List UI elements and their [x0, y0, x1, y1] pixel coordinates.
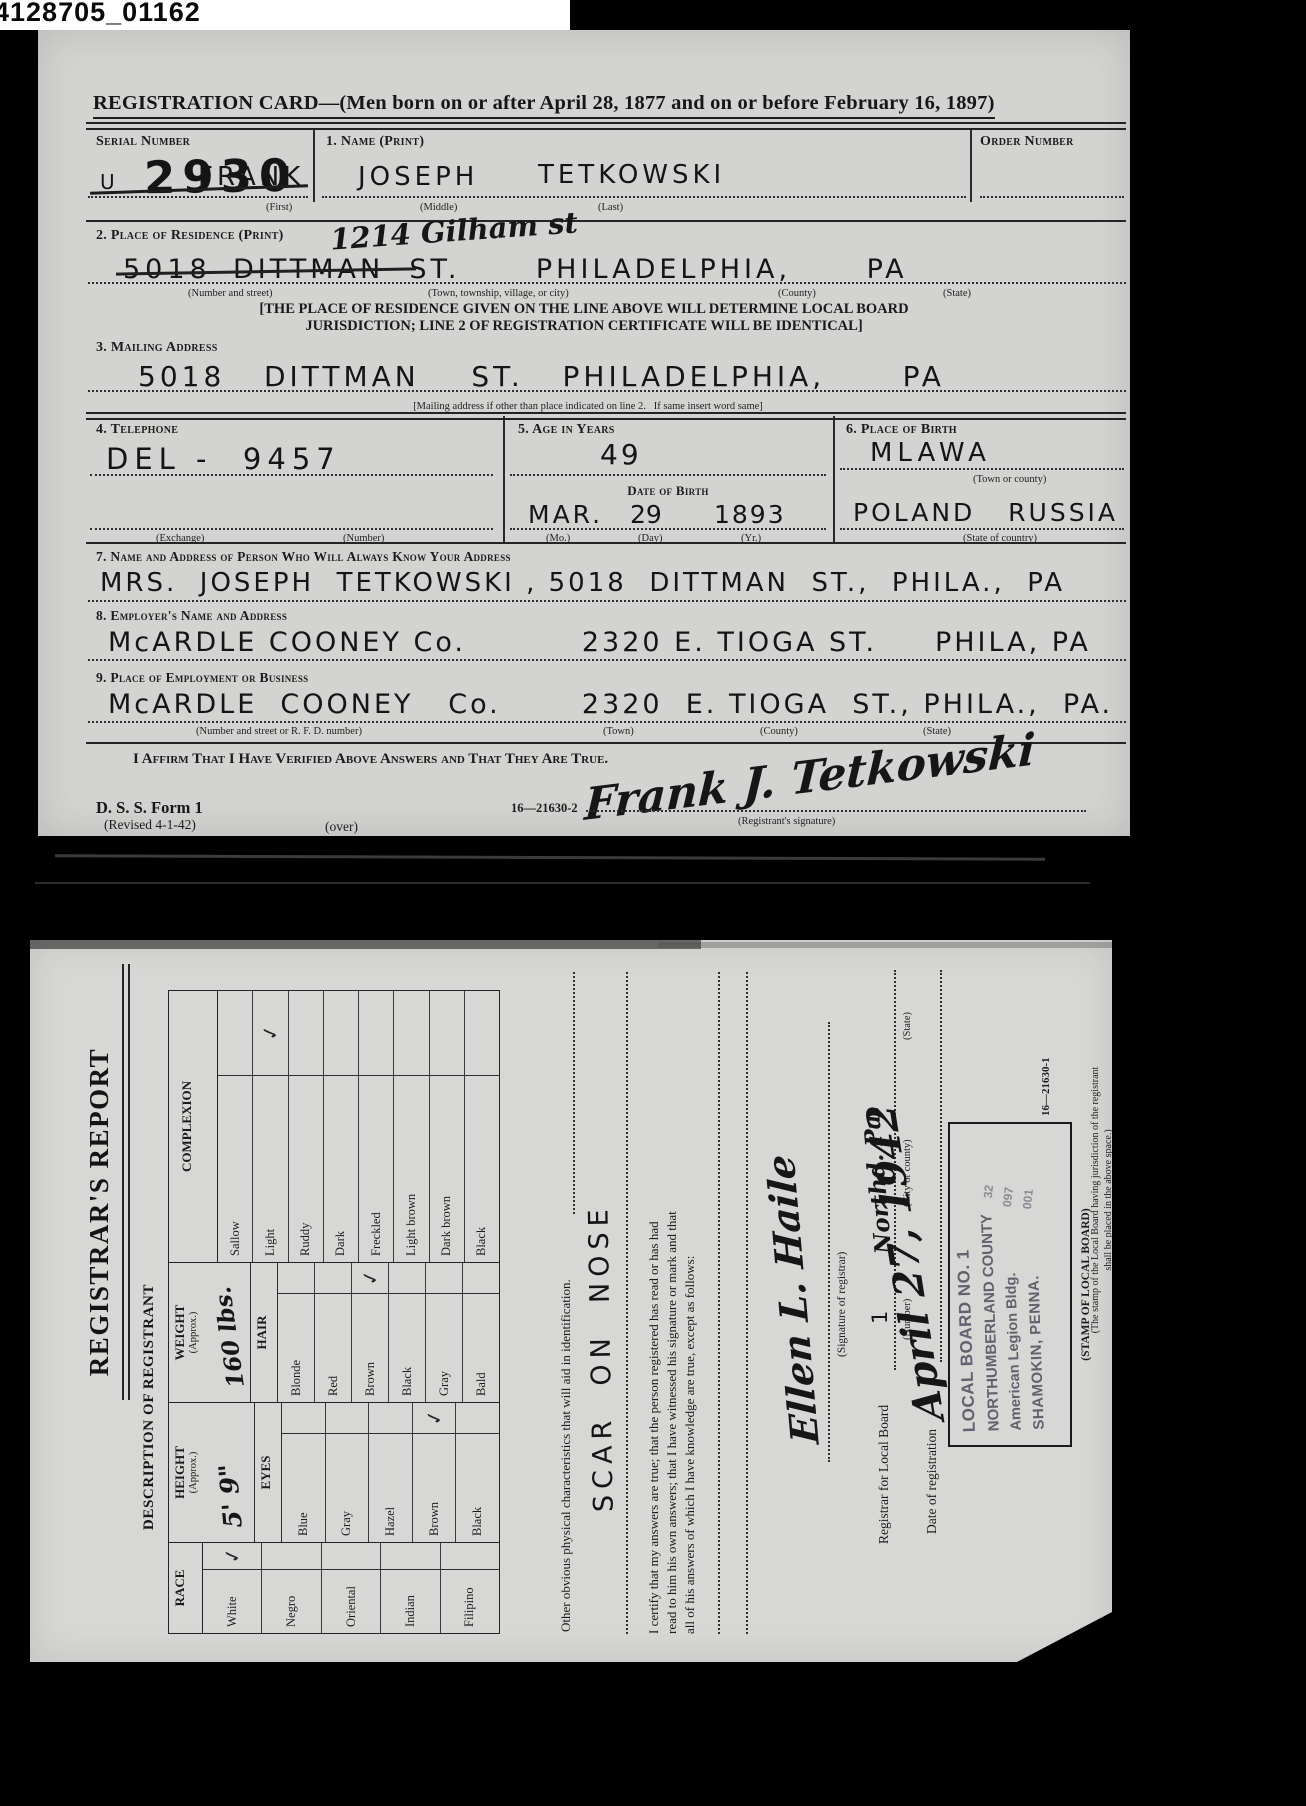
dotted-line	[746, 972, 748, 1634]
hair-blonde-row: Blonde	[278, 1263, 315, 1402]
employment-value: McARDLE COONEY Co. 2320 E. TIOGA ST., PH…	[108, 689, 1113, 720]
complexion-dark-brown-row: Dark brown	[430, 991, 465, 1262]
complexion-light-row: Light✓	[253, 991, 288, 1262]
sub-county: (County)	[778, 288, 816, 299]
employer-value: McARDLE COONEY Co. 2320 E. TIOGA ST. PHI…	[108, 627, 1091, 658]
weight-header: WEIGHT(Approx.)	[169, 1263, 214, 1402]
dotted-line	[573, 972, 575, 1214]
residence-inserted: 1214 Gilham st	[329, 205, 579, 256]
race-column: RACE White✓ Negro Oriental Indian Filipi…	[168, 1542, 500, 1634]
form-code-back: 16—21630-1	[1040, 1057, 1052, 1116]
dotted-line	[840, 528, 1124, 530]
weight-hair-column: WEIGHT(Approx.) 160 lbs. HAIR Blonde Red…	[168, 1262, 500, 1402]
contact-value: MRS. JOSEPH TETKOWSKI , 5018 DITTMAN ST.…	[100, 568, 1065, 598]
sub-last: (Last)	[598, 202, 623, 213]
report-subtitle: DESCRIPTION OF REGISTRANT	[141, 1284, 157, 1530]
mailing-value: 5018 DITTMAN ST. PHILADELPHIA, PA	[138, 360, 945, 393]
hair-red-row: Red	[315, 1263, 352, 1402]
complexion-dark-row: Dark	[324, 991, 359, 1262]
card-title: REGISTRATION CARD—(Men born on or after …	[93, 92, 995, 119]
residence-label: 2. Place of Residence (Print)	[96, 228, 284, 244]
notice-text-2: JURISDICTION; LINE 2 OF REGISTRATION CER…	[305, 318, 862, 334]
hair-brown-row: Brown✓	[352, 1263, 389, 1402]
race-negro-row: Negro	[262, 1543, 321, 1633]
stamp-numbers: 32 097 001	[977, 1184, 1039, 1210]
sub-number-street: (Number and street)	[188, 288, 273, 299]
report-title: REGISTRAR'S REPORT	[84, 1048, 114, 1376]
report-title-wrap: REGISTRAR'S REPORT	[84, 932, 115, 1492]
scan-smudge	[30, 940, 701, 949]
dotted-line	[940, 970, 942, 1362]
eyes-hazel-row: Hazel	[369, 1403, 413, 1542]
checkmark: ✓	[357, 1267, 384, 1288]
paper-edge	[35, 882, 1090, 884]
mailing-label: 3. Mailing Address	[96, 340, 218, 356]
registrars-report: REGISTRAR'S REPORT DESCRIPTION OF REGIST…	[30, 940, 1112, 1662]
sub-emp-street: (Number and street or R. F. D. number)	[196, 726, 362, 737]
race-white-row: White✓	[203, 1543, 262, 1633]
complexion-column: COMPLEXION Sallow Light✓ Ruddy Dark Frec…	[168, 990, 500, 1262]
report-subtitle-wrap: DESCRIPTION OF REGISTRANT	[140, 1207, 158, 1607]
sub-emp-county: (County)	[760, 726, 798, 737]
registrant-signature: Frank J. Tetkowski	[583, 724, 1036, 831]
hair-header: HAIR	[250, 1263, 278, 1402]
hair-black-row: Black	[389, 1263, 426, 1402]
dotted-line	[90, 528, 493, 530]
affirmation-text: I Affirm That I Have Verified Above Answ…	[133, 751, 608, 768]
dotted-line	[88, 390, 1126, 392]
age-value: 49	[600, 438, 642, 471]
characteristics-value: SCAR ON NOSE	[583, 1203, 619, 1512]
complexion-freckled-row: Freckled	[359, 991, 394, 1262]
stamp-text: LOCAL BOARD NO. 1 NORTHUMBERLAND COUNTY …	[952, 1212, 1048, 1432]
sub-birth-town: (Town or county)	[973, 474, 1046, 485]
dotted-line	[88, 600, 1126, 602]
order-number-label: Order Number	[980, 134, 1074, 150]
dotted-line	[88, 196, 308, 198]
stamp-num3: 001	[1017, 1188, 1039, 1210]
certify-line2: read to him his own answers; that I have…	[664, 1211, 680, 1634]
telephone-value: DEL - 9457	[106, 442, 341, 476]
scan-smudge	[658, 942, 1112, 948]
sub-state: (State)	[943, 288, 971, 299]
employment-label: 9. Place of Employment or Business	[96, 670, 308, 686]
notice-text-1: [THE PLACE OF RESIDENCE GIVEN ON THE LIN…	[259, 301, 908, 317]
column-divider	[833, 416, 835, 543]
stamp-line3: American Legion Bldg.	[1001, 1213, 1025, 1431]
dotted-line	[322, 196, 966, 198]
birth-state: POLAND RUSSIA	[853, 498, 1118, 527]
dotted-line	[90, 474, 493, 476]
registration-card-back: REGISTRAR'S REPORT DESCRIPTION OF REGIST…	[30, 940, 1112, 1662]
stamp-line2: NORTHUMBERLAND COUNTY	[978, 1214, 1003, 1432]
serial-number-label: Serial Number	[96, 134, 190, 150]
stamp-box: LOCAL BOARD NO. 1 NORTHUMBERLAND COUNTY …	[948, 1122, 1072, 1447]
eyes-black-row: Black	[456, 1403, 499, 1542]
checkmark: ✓	[219, 1545, 246, 1566]
name-first: FRANK	[198, 162, 304, 192]
mailing-sub: [Mailing address if other than place ind…	[413, 401, 763, 412]
sub-first: (First)	[266, 202, 292, 213]
stamp-num1: 32	[977, 1184, 999, 1206]
sub-middle: (Middle)	[420, 202, 457, 213]
filename-text: 4128705_01162	[0, 0, 201, 28]
height-value: 5' 9"	[213, 1463, 247, 1529]
form-revised: (Revised 4-1-42)	[104, 817, 196, 833]
dotted-line	[88, 659, 1126, 661]
height-value-cell: 5' 9"	[214, 1403, 254, 1542]
rule	[86, 542, 1126, 544]
stamp-note-wrap: (The stamp of the Local Board having jur…	[1088, 950, 1114, 1450]
race-filipino-row: Filipino	[441, 1543, 499, 1633]
dob-year: 1893	[714, 500, 786, 529]
name-middle: JOSEPH	[358, 162, 478, 192]
rule	[86, 220, 1126, 222]
dob-label: Date of Birth	[627, 483, 708, 498]
dob-day: 29	[630, 500, 662, 529]
birth-label: 6. Place of Birth	[846, 422, 957, 438]
registrant-signature-label: (Registrant's signature)	[738, 816, 835, 827]
eyes-gray-row: Gray	[326, 1403, 370, 1542]
jurisdiction-notice-line1: [THE PLACE OF RESIDENCE GIVEN ON THE LIN…	[104, 300, 1064, 318]
dotted-line	[840, 468, 1124, 470]
race-header: RACE	[169, 1543, 203, 1633]
name-last: TETKOWSKI	[538, 160, 725, 190]
date-of-registration-label: Date of registration	[924, 1429, 940, 1534]
certify-line3: all of his answers of which I have knowl…	[682, 1256, 698, 1634]
registrar-signature-label: (Signature of registrar)	[836, 1252, 848, 1357]
column-divider	[503, 416, 505, 543]
paper-edge	[55, 854, 1045, 860]
complexion-light-brown-row: Light brown	[394, 991, 429, 1262]
cell-divider	[313, 130, 315, 202]
complexion-header: COMPLEXION	[169, 991, 218, 1262]
age-label: 5. Age in Years	[518, 422, 615, 438]
stamp-line1: LOCAL BOARD NO. 1	[952, 1214, 980, 1432]
stamp-num2: 097	[997, 1186, 1019, 1208]
birth-town: MLAWA	[870, 438, 991, 468]
cell-divider	[970, 130, 972, 202]
rule	[86, 122, 1126, 130]
complexion-sallow-row: Sallow	[218, 991, 253, 1262]
height-eyes-column: HEIGHT(Approx.) 5' 9" EYES Blue Gray Haz…	[168, 1402, 500, 1542]
dotted-line	[88, 721, 1126, 723]
stamp-note-line1: (The stamp of the Local Board having jur…	[1090, 1067, 1101, 1334]
eyes-header: EYES	[254, 1403, 282, 1542]
dotted-line	[510, 474, 826, 476]
dotted-line	[718, 972, 720, 1634]
checkmark: ✓	[421, 1407, 448, 1428]
eyes-blue-row: Blue	[282, 1403, 326, 1542]
dotted-line	[626, 972, 628, 1634]
residence-number: 5018	[123, 254, 212, 285]
dotted-line	[828, 1022, 830, 1462]
height-header: HEIGHT(Approx.)	[169, 1403, 214, 1542]
form-number: D. S. S. Form 1	[96, 798, 203, 818]
registrar-label: Registrar for Local Board	[876, 1405, 892, 1544]
jurisdiction-notice-line2: JURISDICTION; LINE 2 OF REGISTRATION CER…	[104, 317, 1064, 335]
stamp-note-line2: shall be placed in the above space.)	[1103, 1129, 1114, 1270]
form-over: (over)	[325, 819, 358, 835]
certify-line1: I certify that my answers are true; that…	[646, 1221, 662, 1634]
hair-bald-row: Bald	[463, 1263, 499, 1402]
rule	[122, 964, 130, 1400]
sub-emp-town: (Town)	[603, 726, 634, 737]
race-indian-row: Indian	[381, 1543, 440, 1633]
dotted-line	[88, 282, 1126, 284]
dotted-line	[586, 810, 1086, 812]
employer-label: 8. Employer's Name and Address	[96, 608, 287, 624]
form-code-front: 16—21630-2	[511, 801, 578, 816]
filename-strip: 4128705_01162	[0, 0, 570, 30]
eyes-brown-row: Brown✓	[413, 1403, 457, 1542]
dob-month: MAR.	[528, 500, 603, 529]
race-oriental-row: Oriental	[322, 1543, 381, 1633]
dotted-line	[980, 196, 1124, 198]
checkmark: ✓	[257, 1022, 284, 1043]
weight-value: 160 lbs.	[209, 1285, 250, 1390]
stamp-line4: SHAMOKIN, PENNA.	[1023, 1212, 1048, 1430]
board-number-value: 1	[868, 1311, 892, 1324]
sub-board-state: (State)	[902, 1012, 913, 1040]
telephone-label: 4. Telephone	[96, 422, 178, 438]
dotted-line	[510, 528, 826, 530]
complexion-ruddy-row: Ruddy	[289, 991, 324, 1262]
name-label: 1. Name (Print)	[326, 134, 424, 150]
sub-town: (Town, township, village, or city)	[428, 288, 569, 299]
contact-label: 7. Name and Address of Person Who Will A…	[96, 549, 511, 565]
hair-gray-row: Gray	[426, 1263, 463, 1402]
weight-value-cell: 160 lbs.	[214, 1263, 250, 1402]
registration-card-front: REGISTRATION CARD—(Men born on or after …	[38, 30, 1130, 836]
registrar-signature: Ellen L. Haile	[757, 1154, 828, 1445]
characteristics-label: Other obvious physical characteristics t…	[558, 1279, 574, 1632]
rule	[86, 412, 1126, 420]
dob-label-wrap: Date of Birth	[510, 482, 826, 500]
complexion-black-row: Black	[465, 991, 499, 1262]
